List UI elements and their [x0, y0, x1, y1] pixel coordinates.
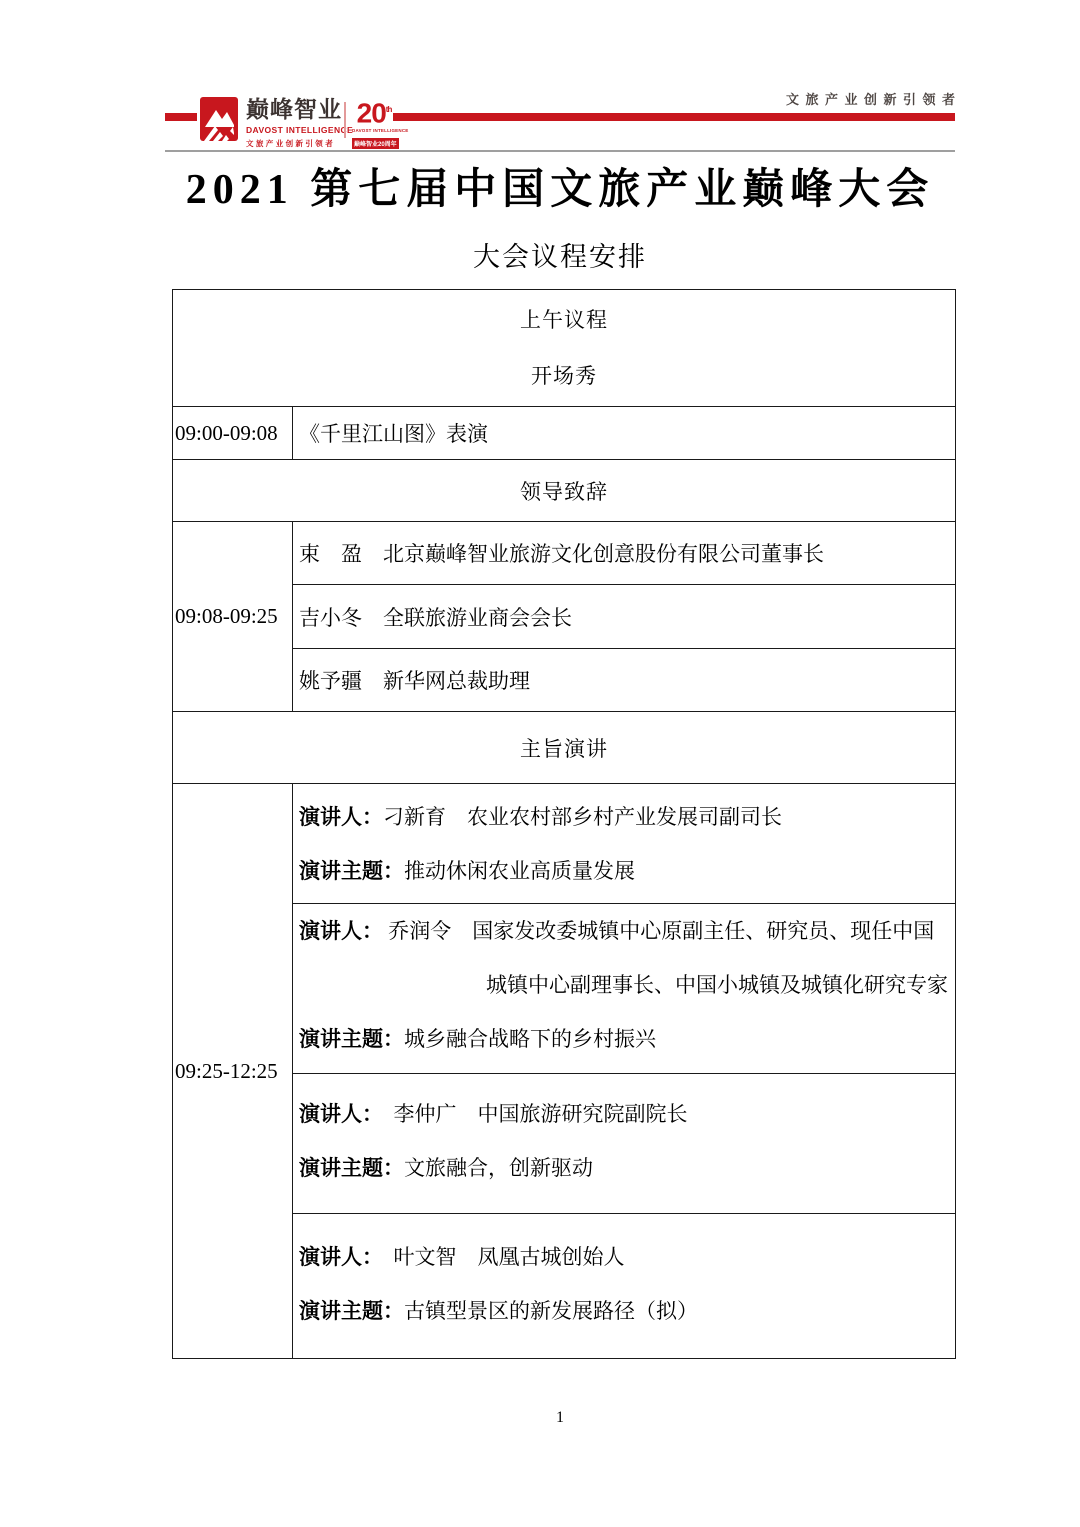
speaker-row: 束 盈 北京巅峰智业旅游文化创意股份有限公司董事长 [293, 522, 956, 585]
page-number: 1 [165, 1409, 955, 1427]
time-cell: 09:25-12:25 [173, 784, 293, 1359]
table-row: 主旨演讲 [173, 712, 956, 784]
keynote-header: 主旨演讲 [173, 712, 956, 784]
content-area: 2021 第七届中国文旅产业巅峰大会 大会议程安排 上午议程 开场秀 09:00… [165, 0, 955, 1427]
document-title: 2021 第七届中国文旅产业巅峰大会 [165, 0, 955, 216]
speeches-header: 领导致辞 [173, 460, 956, 522]
opening-show-header: 开场秀 [173, 348, 955, 404]
morning-session-header: 上午议程 [173, 292, 955, 348]
table-row: 领导致辞 [173, 460, 956, 522]
keynote-cell: 演讲人： 叶文智 凤凰古城创始人 演讲主题：古镇型景区的新发展路径（拟） [293, 1214, 956, 1359]
keynote-topic-line: 演讲主题：推动休闲农业高质量发展 [299, 844, 948, 898]
agenda-table: 上午议程 开场秀 09:00-09:08 《千里江山图》表演 领导致辞 09:0… [172, 289, 956, 1359]
table-row: 上午议程 开场秀 [173, 290, 956, 407]
session-header-cell: 上午议程 开场秀 [173, 290, 956, 407]
table-row: 09:25-12:25 演讲人：刁新育 农业农村部乡村产业发展司副司长 演讲主题… [173, 784, 956, 904]
time-cell: 09:08-09:25 [173, 522, 293, 712]
keynote-speaker-line: 演讲人：刁新育 农业农村部乡村产业发展司副司长 [299, 790, 948, 844]
keynote-topic-line: 演讲主题：文旅融合，创新驱动 [299, 1141, 948, 1195]
document-subtitle: 大会议程安排 [165, 240, 955, 274]
time-cell: 09:00-09:08 [173, 407, 293, 460]
keynote-speaker-line2: 城镇中心副理事长、中国小城镇及城镇化研究专家 [299, 958, 948, 1012]
table-row: 09:00-09:08 《千里江山图》表演 [173, 407, 956, 460]
keynote-cell: 演讲人： 乔润令 国家发改委城镇中心原副主任、研究员、现任中国 城镇中心副理事长… [293, 904, 956, 1074]
agenda-item: 《千里江山图》表演 [293, 407, 956, 460]
keynote-speaker-line: 演讲人： 乔润令 国家发改委城镇中心原副主任、研究员、现任中国 [299, 904, 948, 958]
table-row: 09:08-09:25 束 盈 北京巅峰智业旅游文化创意股份有限公司董事长 [173, 522, 956, 585]
keynote-topic-line: 演讲主题：古镇型景区的新发展路径（拟） [299, 1284, 948, 1338]
speaker-row: 吉小冬 全联旅游业商会会长 [293, 585, 956, 649]
keynote-topic-line: 演讲主题：城乡融合战略下的乡村振兴 [299, 1012, 948, 1066]
document-page: 巅峰智业 DAVOST INTELLIGENCE 文旅产业创新引领者 20th … [0, 0, 1080, 1527]
keynote-cell: 演讲人： 李仲广 中国旅游研究院副院长 演讲主题：文旅融合，创新驱动 [293, 1074, 956, 1214]
speaker-row: 姚予疆 新华网总裁助理 [293, 649, 956, 712]
keynote-cell: 演讲人：刁新育 农业农村部乡村产业发展司副司长 演讲主题：推动休闲农业高质量发展 [293, 784, 956, 904]
keynote-speaker-line: 演讲人： 叶文智 凤凰古城创始人 [299, 1230, 948, 1284]
keynote-speaker-line: 演讲人： 李仲广 中国旅游研究院副院长 [299, 1087, 948, 1141]
